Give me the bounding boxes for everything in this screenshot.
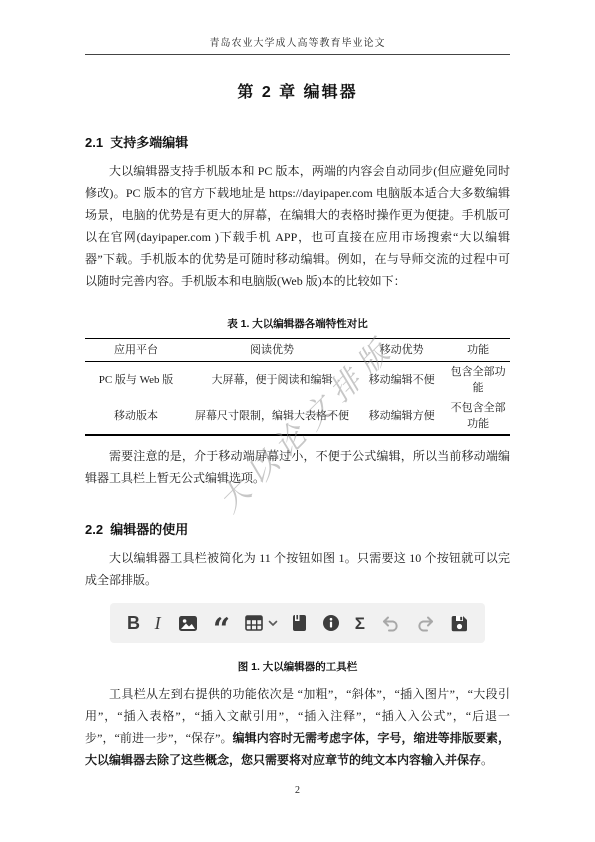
table-header-row: 应用平台 阅读优势 移动优势 功能	[85, 339, 510, 362]
paragraph: 大以编辑器工具栏被简化为 11 个按钮如图 1。只需要这 10 个按钮就可以完成…	[85, 547, 510, 591]
document-page: 大以论文排版 青岛农业大学成人高等教育毕业论文 第 2 章 编辑器 2.1 支持…	[0, 0, 595, 842]
editor-toolbar-figure: B I “	[110, 603, 485, 643]
table-icon	[245, 615, 263, 631]
table-header-cell: 移动优势	[357, 339, 446, 362]
page-number: 2	[0, 785, 595, 796]
blockquote-icon: “	[213, 624, 230, 636]
table-cell: 移动编辑不便	[357, 362, 446, 399]
insert-image-icon	[178, 615, 198, 632]
section-heading-2-1: 2.1 支持多端编辑	[85, 132, 510, 151]
insert-table-group	[245, 615, 278, 631]
comparison-table: 应用平台 阅读优势 移动优势 功能 PC 版与 Web 版 大屏幕，便于阅读和编…	[85, 338, 510, 436]
insert-note-icon	[322, 614, 340, 632]
insert-formula-icon: Σ	[355, 615, 365, 632]
figure-caption: 图 1. 大以编辑器的工具栏	[85, 659, 510, 674]
chevron-down-icon	[268, 620, 278, 627]
bold-icon: B	[127, 614, 140, 632]
paragraph: 需要注意的是，介于移动端屏幕过小，不便于公式编辑，所以当前移动端编辑器工具栏上暂…	[85, 445, 510, 489]
table-header-cell: 功能	[446, 339, 510, 362]
table-caption: 表 1. 大以编辑器各端特性对比	[85, 316, 510, 331]
table-cell: PC 版与 Web 版	[85, 362, 187, 399]
table-row: 移动版本 屏幕尺寸限制，编辑大表格不便 移动编辑方便 不包含全部功能	[85, 398, 510, 435]
table-cell: 屏幕尺寸限制，编辑大表格不便	[187, 398, 357, 435]
insert-citation-icon	[292, 614, 307, 632]
table-header-cell: 应用平台	[85, 339, 187, 362]
chapter-title: 第 2 章 编辑器	[85, 79, 510, 102]
paragraph-text: 。	[481, 753, 493, 767]
table-cell: 移动版本	[85, 398, 187, 435]
table-cell: 不包含全部功能	[446, 398, 510, 435]
table-cell: 移动编辑方便	[357, 398, 446, 435]
table-header-cell: 阅读优势	[187, 339, 357, 362]
table-cell: 大屏幕，便于阅读和编辑	[187, 362, 357, 399]
table-row: PC 版与 Web 版 大屏幕，便于阅读和编辑 移动编辑不便 包含全部功能	[85, 362, 510, 399]
table-cell: 包含全部功能	[446, 362, 510, 399]
undo-icon	[380, 615, 401, 632]
save-icon	[451, 615, 468, 632]
italic-icon: I	[155, 614, 164, 632]
paragraph: 工具栏从左到右提供的功能依次是 “加粗”，“斜体”，“插入图片”，“大段引用”，…	[85, 683, 510, 771]
section-heading-2-2: 2.2 编辑器的使用	[85, 519, 510, 538]
page-header: 青岛农业大学成人高等教育毕业论文	[85, 34, 510, 55]
redo-icon	[415, 615, 436, 632]
paragraph: 大以编辑器支持手机版本和 PC 版本，两端的内容会自动同步(但应避免同时修改)。…	[85, 160, 510, 292]
